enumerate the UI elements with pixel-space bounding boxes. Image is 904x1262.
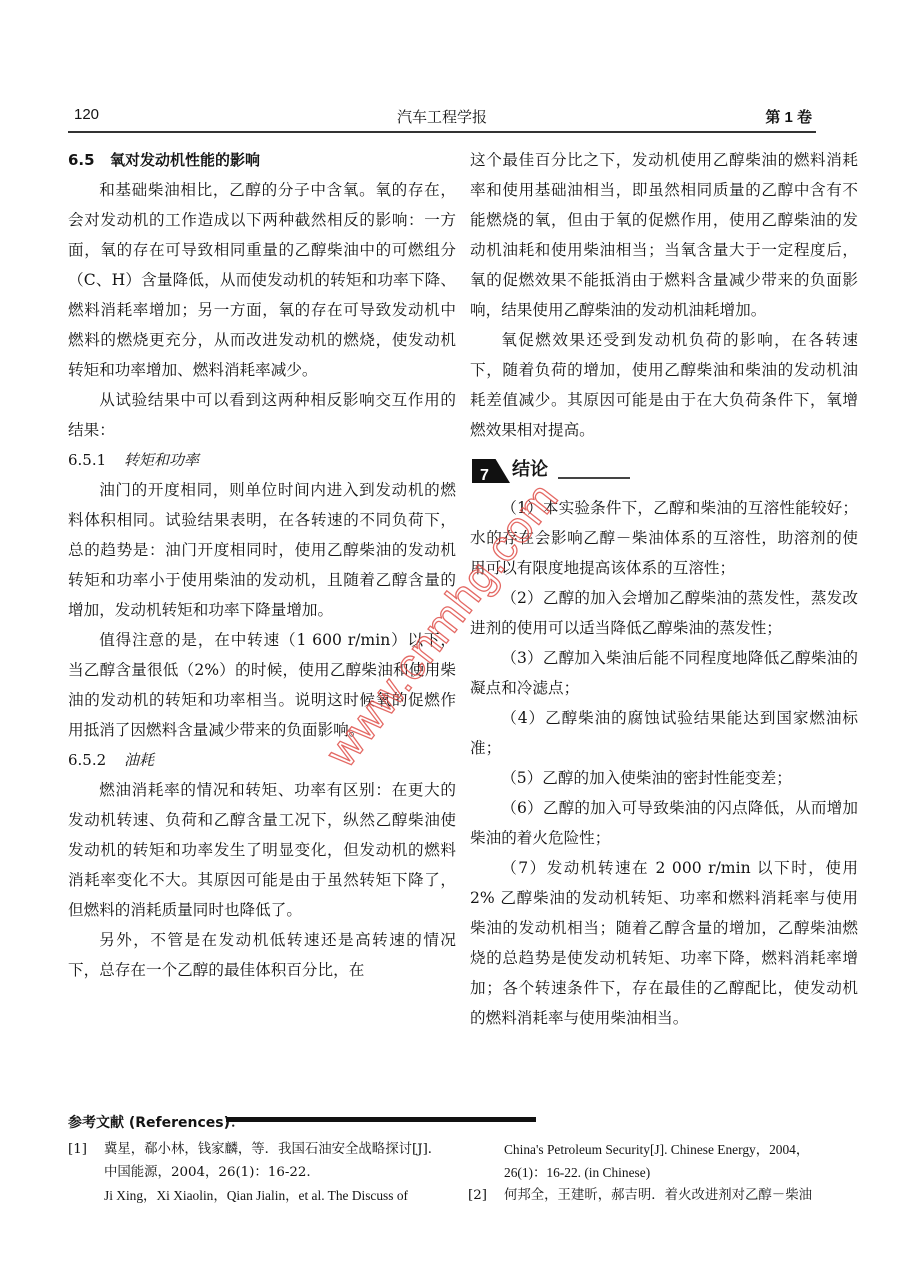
reference-tag: [1] [68,1138,87,1161]
subsection-title: 转矩和功率 [124,451,199,469]
subsection-number: 6.5.2 [68,745,124,775]
conclusion-item: （7）发动机转速在 2 000 r/min 以下时，使用 2% 乙醇柴油的发动机… [470,853,858,1033]
reference-en: Ji Xing，Xi Xiaolin，Qian Jialin，et al. Th… [104,1184,448,1207]
reference-en: China's Petroleum Security[J]. Chinese E… [504,1138,848,1184]
paragraph-continued: 这个最佳百分比之下，发动机使用乙醇柴油的燃料消耗率和使用基础油相当，即虽然相同质… [470,145,858,325]
conclusion-item: （3）乙醇加入柴油后能不同程度地降低乙醇柴油的凝点和冷滤点； [470,643,858,703]
reference-item: [1] 冀星，郗小林，钱家麟，等．我国石油安全战略探讨[J]．中国能源，2004… [68,1138,448,1207]
reference-cn: 何邦全，王建昕，郝吉明．着火改进剂对乙醇－柴油 [504,1184,848,1207]
section-heading-7: 7 结论 [470,455,858,491]
paragraph: 油门的开度相同，则单位时间内进入到发动机的燃料体积相同。试验结果表明，在各转速的… [68,475,456,625]
paragraph: 值得注意的是，在中转速（1 600 r/min）以下，当乙醇含量很低（2%）的时… [68,625,456,745]
conclusion-item: （6）乙醇的加入可导致柴油的闪点降低，从而增加柴油的着火危险性； [470,793,858,853]
references-heading: 参考文献 (References)： [68,1112,244,1132]
references-right: China's Petroleum Security[J]. Chinese E… [468,1138,848,1207]
journal-title: 汽车工程学报 [68,106,816,127]
heading-underline [558,477,630,479]
subsection-title: 油耗 [124,751,154,769]
section-title: 氧对发动机性能的影响 [110,151,260,169]
subsection-heading-6-5-1: 6.5.1转矩和功率 [68,445,456,475]
references-left: [1] 冀星，郗小林，钱家麟，等．我国石油安全战略探讨[J]．中国能源，2004… [68,1138,448,1207]
right-column: 这个最佳百分比之下，发动机使用乙醇柴油的燃料消耗率和使用基础油相当，即虽然相同质… [470,145,858,1033]
conclusion-item: （1）本实验条件下，乙醇和柴油的互溶性能较好；水的存在会影响乙醇－柴油体系的互溶… [470,493,858,583]
subsection-number: 6.5.1 [68,445,124,475]
volume-label: 第 1 卷 [765,106,812,127]
conclusion-item: （4）乙醇柴油的腐蚀试验结果能达到国家燃油标准； [470,703,858,763]
left-column: 6.5氧对发动机性能的影响 和基础柴油相比，乙醇的分子中含氧。氧的存在，会对发动… [68,145,456,985]
page-header: 120 汽车工程学报 第 1 卷 [68,104,816,128]
paragraph: 另外，不管是在发动机低转速还是高转速的情况下，总存在一个乙醇的最佳体积百分比，在 [68,925,456,985]
reference-cn: 冀星，郗小林，钱家麟，等．我国石油安全战略探讨[J]．中国能源，2004，26(… [104,1138,448,1184]
section-number: 6.5 [68,145,110,175]
section-heading-6-5: 6.5氧对发动机性能的影响 [68,145,456,175]
reference-item: [2] 何邦全，王建昕，郝吉明．着火改进剂对乙醇－柴油 [468,1184,848,1207]
paragraph: 燃油消耗率的情况和转矩、功率有区别：在更大的发动机转速、负荷和乙醇含量工况下，纵… [68,775,456,925]
section-title: 结论 [512,455,548,485]
header-rule [68,131,816,133]
section-number-badge: 7 [472,459,510,483]
paragraph: 和基础柴油相比，乙醇的分子中含氧。氧的存在，会对发动机的工作造成以下两种截然相反… [68,175,456,385]
reference-tag: [2] [468,1184,487,1207]
subsection-heading-6-5-2: 6.5.2油耗 [68,745,456,775]
paragraph: 氧促燃效果还受到发动机负荷的影响，在各转速下，随着负荷的增加，使用乙醇柴油和柴油… [470,325,858,445]
conclusion-item: （2）乙醇的加入会增加乙醇柴油的蒸发性，蒸发改进剂的使用可以适当降低乙醇柴油的蒸… [470,583,858,643]
reference-item-continued: China's Petroleum Security[J]. Chinese E… [468,1138,848,1184]
references-rule [226,1117,536,1122]
conclusion-item: （5）乙醇的加入使柴油的密封性能变差； [470,763,858,793]
paragraph: 从试验结果中可以看到这两种相反影响交互作用的结果： [68,385,456,445]
